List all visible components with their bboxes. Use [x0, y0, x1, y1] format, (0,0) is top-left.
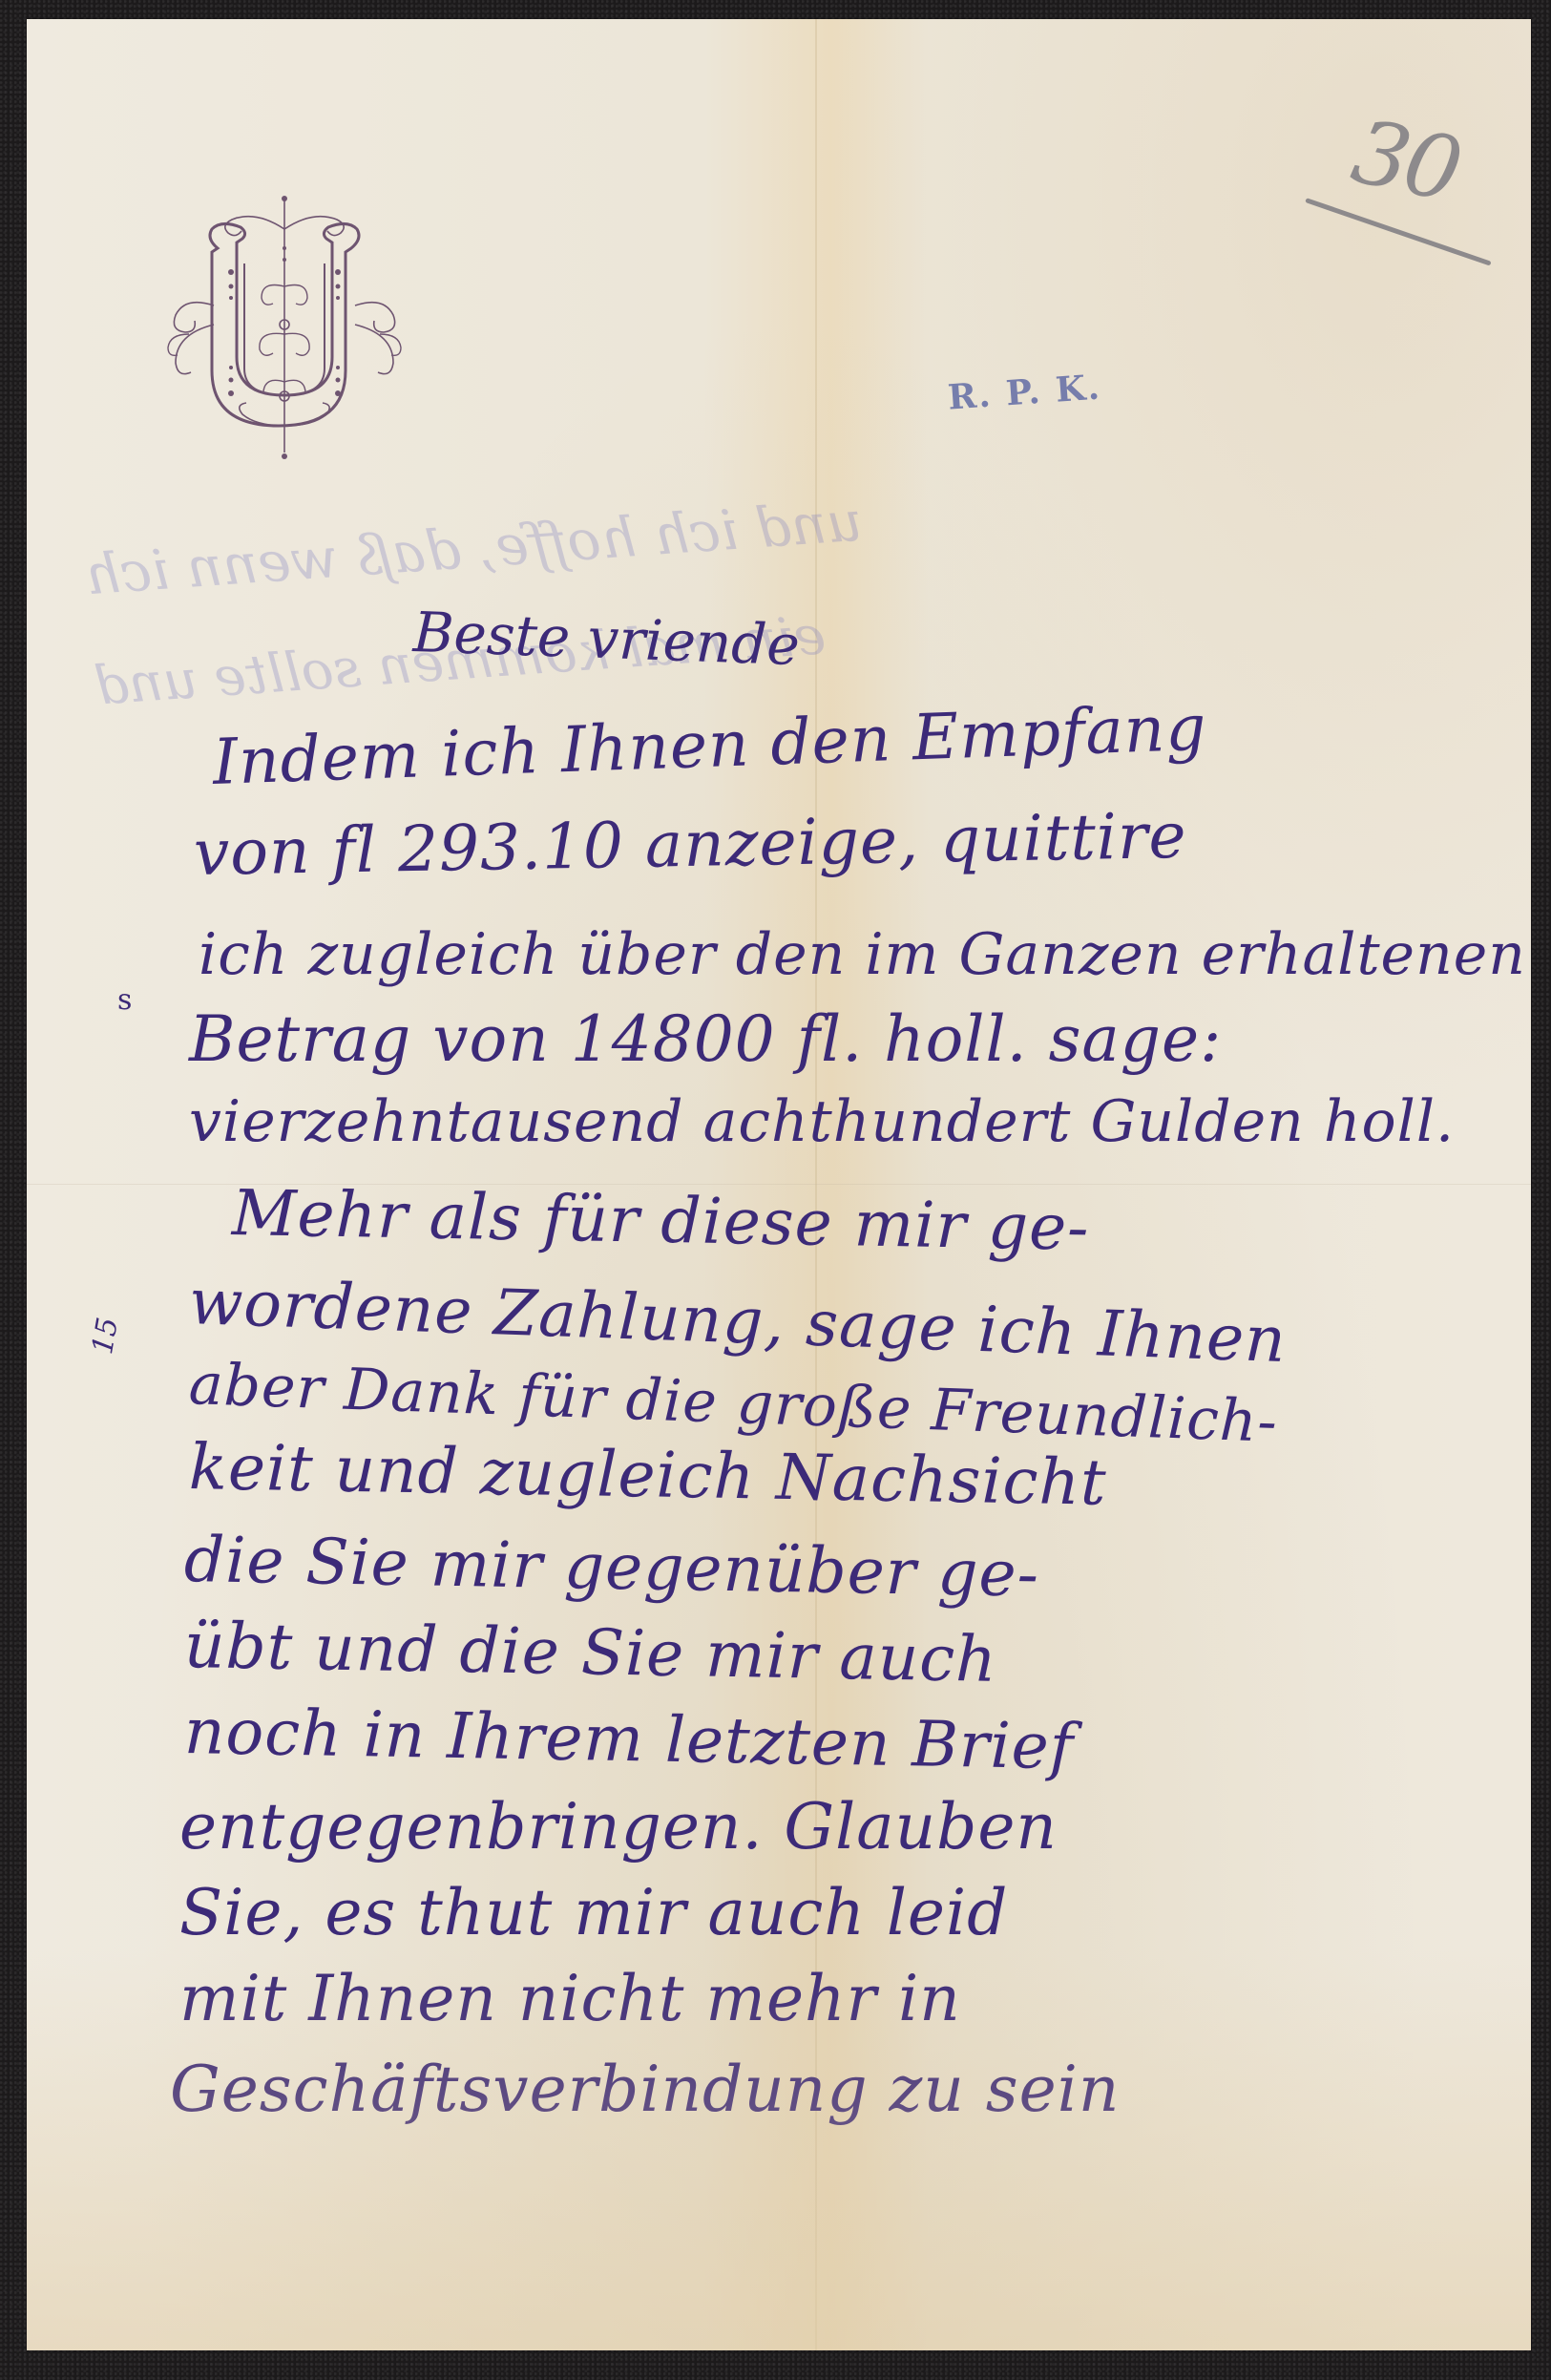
bleed-through-text: und ich hoffe, daß wenn ich — [83, 489, 865, 608]
ornamental-monogram-icon — [160, 191, 409, 468]
letter-line: die Sie mir gegenüber ge- — [183, 1523, 1039, 1611]
letter-line: von fl 293.10 anzeige, quittire — [193, 799, 1187, 890]
folio-number: 30 — [1344, 100, 1467, 221]
letter-salutation: Beste vriende — [412, 600, 801, 678]
letter-line: entgegenbringen. Glauben — [179, 1790, 1058, 1864]
margin-mark: s — [117, 983, 132, 1017]
letter-line: Mehr als für diese mir ge- — [231, 1176, 1090, 1265]
letter-line: keit und zugleich Nachsicht — [188, 1430, 1107, 1520]
letter-line: übt und die Sie mir auch — [183, 1609, 997, 1696]
letter-page: und ich hoffe, daß wenn ich ein mal komm… — [27, 19, 1531, 2350]
letter-line: Geschäftsverbindung zu sein — [170, 2053, 1120, 2126]
letter-line: vierzehntausend achthundert Gulden holl. — [189, 1088, 1455, 1155]
letter-line: Sie, es thut mir auch leid — [179, 1876, 1008, 1949]
letter-line: ich zugleich über den im Ganzen erhalten… — [199, 921, 1526, 988]
margin-note: 15 — [86, 1315, 125, 1357]
letter-line: Indem ich Ihnen den Empfang — [212, 691, 1208, 799]
letter-line: noch in Ihrem letzten Brief — [183, 1695, 1074, 1783]
letter-line: mit Ihnen nicht mehr in — [179, 1962, 961, 2035]
archive-stamp: R. P. K. — [947, 367, 1103, 417]
folio-annotation: 30 — [1306, 110, 1531, 234]
letter-line: Betrag von 14800 fl. holl. sage: — [189, 1002, 1222, 1076]
